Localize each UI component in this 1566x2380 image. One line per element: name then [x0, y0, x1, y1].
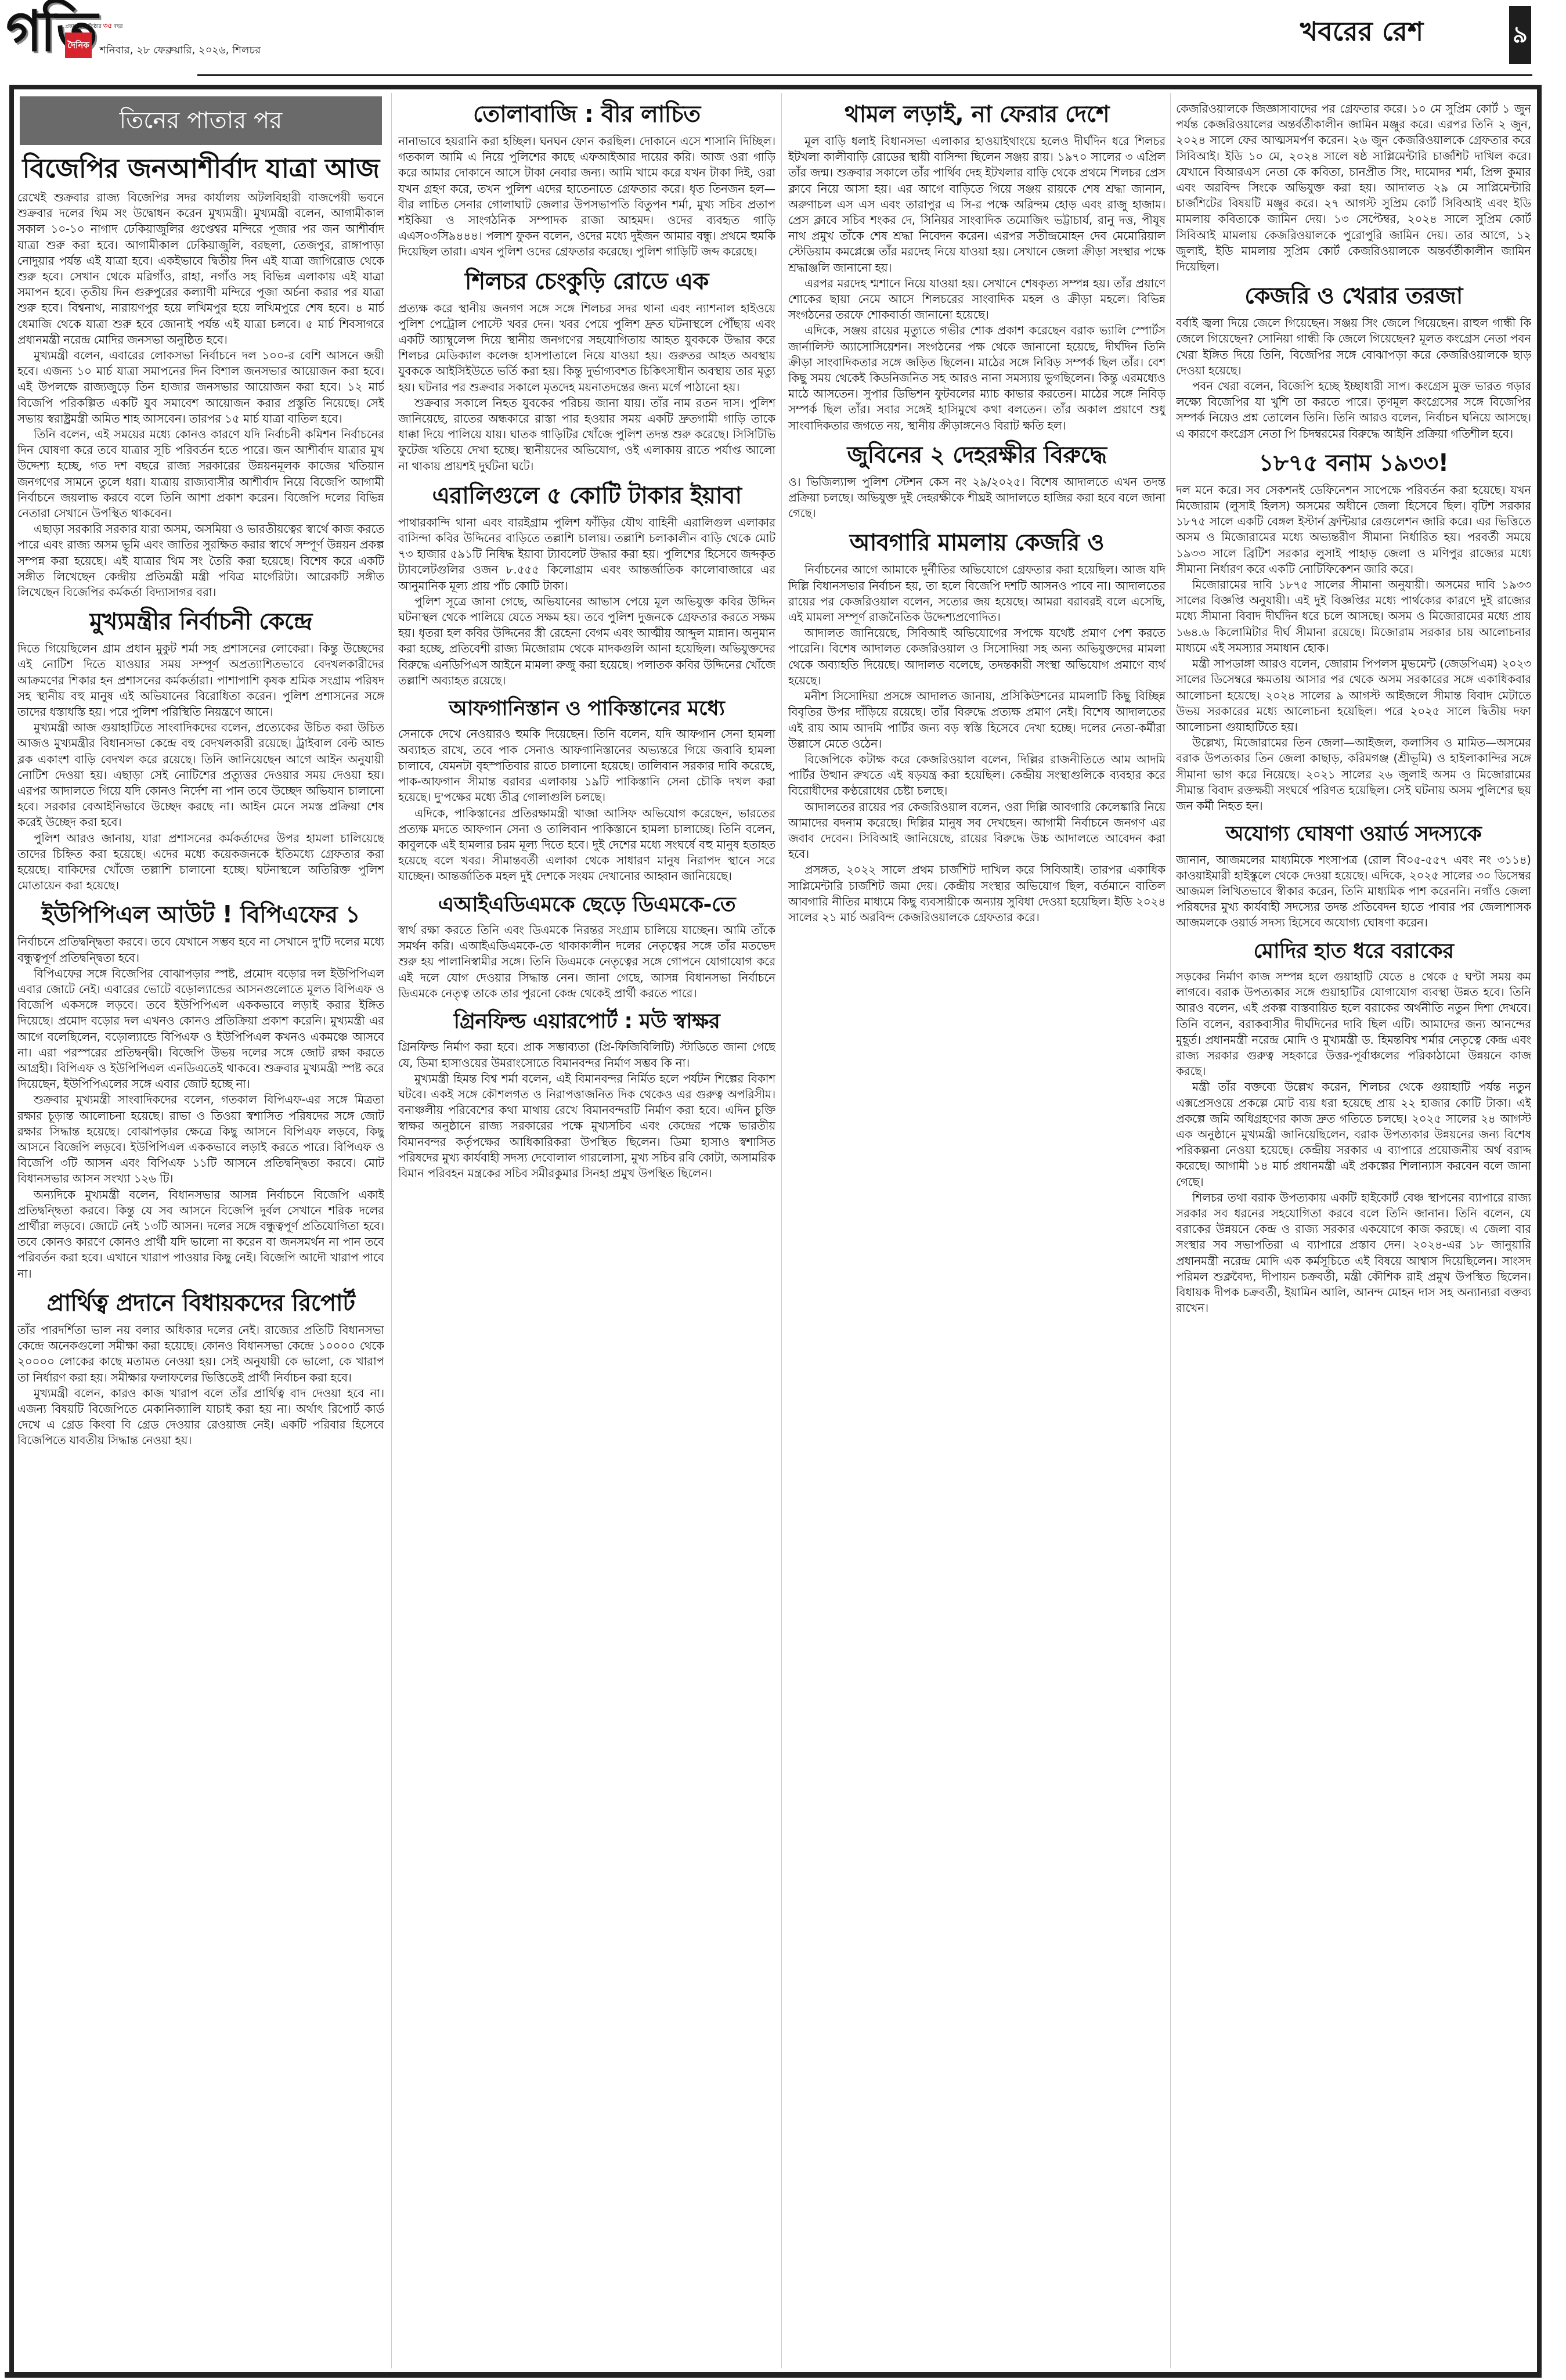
article-body: সেনাকে দেখে নেওয়ারও হুমকি দিয়েছেন। তিন… — [398, 726, 775, 884]
paragraph: কেজরিওয়ালকে জিজ্ঞাসাবাদের পর গ্রেফতার ক… — [1176, 101, 1531, 275]
paragraph: এরপর মরদেহ শ্মশানে নিয়ে যাওয়া হয়। সেখ… — [788, 276, 1166, 323]
article-barak-development: মোদির হাত ধরে বরাকের সড়কের নির্মাণ কাজ … — [1176, 939, 1531, 1317]
paragraph: বিপিএফের সঙ্গে বিজেপির বোঝাপড়ার স্পষ্ট,… — [17, 966, 384, 1092]
article-headline: অযোগ্য ঘোষণা ওয়ার্ড সদস্যকে — [1176, 822, 1531, 846]
paragraph: তাঁর পারদর্শিতা ভাল নয় বলার অধিকার দলের… — [17, 1322, 384, 1386]
article-body: প্রত্যক্ষ করে স্থানীয় জনগণ সঙ্গে সঙ্গে … — [398, 301, 775, 474]
paragraph: মুখ্যমন্ত্রী বলেন, এবারের লোকসভা নির্বাচ… — [17, 348, 384, 427]
article-body: বর্বাই জ্বলা দিয়ে জেলে গিয়েছেন। সঞ্জয়… — [1176, 315, 1531, 442]
article-body: রেখেই শুক্রবার রাজ্য বিজেপির সদর কার্যাল… — [17, 190, 384, 600]
article-body: মূল বাড়ি ধলাই বিধানসভা এলাকার হাওয়াইথা… — [788, 134, 1166, 434]
column-2: তোলাবাজি : বীর লাচিত নানাভাবে হয়রানি কর… — [398, 93, 775, 2368]
paragraph: নির্বাচনে প্রতিদ্বন্দ্বিতা করবে। তবে যেখ… — [17, 934, 384, 965]
article-uppl-out: ইউপিপিএল আউট ! বিপিএফের ১ নির্বাচনে প্রত… — [17, 901, 384, 1281]
article-zubeen-bodyguards: জুবিনের ২ দেহরক্ষীর বিরুদ্ধে ও। ভিজিল্যা… — [788, 442, 1166, 522]
column-1: তিনের পাতার পর বিজেপির জনআশীর্বাদ যাত্রা… — [17, 93, 384, 2368]
article-body: দল মনে করে। সব সেকশনই ডেফিনেশন সাপেক্ষে … — [1176, 482, 1531, 814]
paragraph: নানাভাবে হয়রানি করা হচ্ছিল। ঘনঘন ফোন কর… — [398, 134, 775, 260]
paragraph: পুলিশ সূত্রে জানা গেছে, অভিযানের আভাস পে… — [398, 594, 775, 688]
article-sanjay-roy-obituary: থামল লড়াই, না ফেরার দেশে মূল বাড়ি ধলাই… — [788, 101, 1166, 434]
paragraph: উল্লেখ্য, মিজোরামের তিন জেলা—আইজল, কলাসি… — [1176, 735, 1531, 814]
article-headline: মোদির হাত ধরে বরাকের — [1176, 939, 1531, 963]
article-mla-report-card: প্রার্থিত্ব প্রদানে বিধায়কদের রিপোর্ট ত… — [17, 1290, 384, 1449]
paragraph: মুখ্যমন্ত্রী বলেন, কারও কাজ খারাপ বলে তা… — [17, 1386, 384, 1449]
masthead: গতি প্রকাশ ও প্রতিষ্ঠার ৩৫ বছর দৈনিক শনি… — [0, 0, 1566, 58]
article-headline: ১৮৭৫ বনাম ১৯৩৩! — [1176, 450, 1531, 477]
article-extortion-bir-lachit: তোলাবাজি : বীর লাচিত নানাভাবে হয়রানি কর… — [398, 101, 775, 260]
paragraph: আদালতের রায়ের পর কেজরিওয়াল বলেন, ওরা দ… — [788, 799, 1166, 863]
paragraph: নির্বাচনের আগে আমাকে দুর্নীতির অভিযোগে গ… — [788, 562, 1166, 625]
article-headline: গ্রিনফিল্ড এয়ারপোর্ট : মউ স্বাক্ষর — [398, 1009, 775, 1033]
paragraph: বর্বাই জ্বলা দিয়ে জেলে গিয়েছেন। সঞ্জয়… — [1176, 315, 1531, 378]
column-3: থামল লড়াই, না ফেরার দেশে মূল বাড়ি ধলাই… — [788, 93, 1166, 2368]
paragraph: এদিকে, পাকিস্তানের প্রতিরক্ষামন্ত্রী খাজ… — [398, 806, 775, 885]
paragraph: মিজোরামের দাবি ১৮৭৫ সালের সীমানা অনুযায়… — [1176, 577, 1531, 656]
header-rule — [197, 74, 1532, 76]
article-cm-constituency: মুখ্যমন্ত্রীর নির্বাচনী কেন্দ্রে দিতে গি… — [17, 608, 384, 893]
article-body: ও। ভিজিল্যান্স পুলিশ স্টেশন কেস নং ২৯/২০… — [788, 474, 1166, 522]
paragraph: শিলচর তথা বরাক উপত্যকায় একটি হাইকোর্ট ব… — [1176, 1190, 1531, 1317]
paragraph: শুক্রবার সকালে নিহত যুবকের পরিচয় জানা য… — [398, 395, 775, 474]
article-body: নির্বাচনে প্রতিদ্বন্দ্বিতা করবে। তবে যেখ… — [17, 934, 384, 1281]
article-kejriwal-continued: কেজরিওয়ালকে জিজ্ঞাসাবাদের পর গ্রেফতার ক… — [1176, 101, 1531, 275]
frame-right — [1537, 85, 1542, 2374]
column-divider — [781, 93, 782, 2368]
article-body: তাঁর পারদর্শিতা ভাল নয় বলার অধিকার দলের… — [17, 1322, 384, 1449]
article-body: জানান, আজমলের মাধ্যমিকে শংসাপত্র (রোল বি… — [1176, 852, 1531, 931]
article-body: কেজরিওয়ালকে জিজ্ঞাসাবাদের পর গ্রেফতার ক… — [1176, 101, 1531, 275]
article-headline: বিজেপির জনআশীর্বাদ যাত্রা আজ — [17, 153, 384, 184]
paragraph: মূল বাড়ি ধলাই বিধানসভা এলাকার হাওয়াইথা… — [788, 134, 1166, 276]
article-headline: থামল লড়াই, না ফেরার দেশে — [788, 101, 1166, 128]
paragraph: এদিকে, সঞ্জয় রায়ের মৃত্যুতে গভীর শোক প… — [788, 323, 1166, 433]
dateline: শনিবার, ২৮ ফেব্রুয়ারি, ২০২৬, শিলচর — [100, 42, 261, 60]
paragraph: রেখেই শুক্রবার রাজ্য বিজেপির সদর কার্যাল… — [17, 190, 384, 348]
paragraph: স্বার্থ রক্ষা করতে তিনি এবং ডিএমকে নিরন্… — [398, 922, 775, 1001]
page-number: ৯ — [1509, 6, 1531, 64]
article-headline: আফগানিস্তান ও পাকিস্তানের মধ্যে — [398, 697, 775, 720]
article-headline: শিলচর চেংকুড়ি রোডে এক — [398, 268, 775, 295]
paragraph: এছাড়া সরকারি সরকার যারা অসম, অসমিয়া ও … — [17, 521, 384, 600]
paragraph: মুখ্যমন্ত্রী আজ গুয়াহাটিতে সাংবাদিকদের … — [17, 720, 384, 830]
article-afghan-pak-conflict: আফগানিস্তান ও পাকিস্তানের মধ্যে সেনাকে দ… — [398, 697, 775, 884]
paragraph: দিতে গিয়েছিলেন গ্রাম প্রধান মুকুট শর্মা… — [17, 641, 384, 720]
article-headline: প্রার্থিত্ব প্রদানে বিধায়কদের রিপোর্ট — [17, 1290, 384, 1317]
article-greenfield-airport: গ্রিনফিল্ড এয়ারপোর্ট : মউ স্বাক্ষর গ্রি… — [398, 1009, 775, 1181]
dainik-logo-badge: দৈনিক — [65, 33, 92, 58]
article-yaba-seizure: এরালিগুলে ৫ কোটি টাকার ইয়াবা পাথারকান্দ… — [398, 482, 775, 688]
paragraph: মনীশ সিসোদিয়া প্রসঙ্গে আদালত জানায়, প্… — [788, 688, 1166, 752]
article-1875-vs-1933: ১৮৭৫ বনাম ১৯৩৩! দল মনে করে। সব সেকশনই ডে… — [1176, 450, 1531, 814]
paragraph: ও। ভিজিল্যান্স পুলিশ স্টেশন কেস নং ২৯/২০… — [788, 474, 1166, 522]
paragraph: পাথারকান্দি থানা এবং বারইগ্রাম পুলিশ ফাঁ… — [398, 515, 775, 594]
paragraph: দল মনে করে। সব সেকশনই ডেফিনেশন সাপেক্ষে … — [1176, 482, 1531, 577]
tagline-prefix: প্রকাশ ও প্রতিষ্ঠার — [65, 24, 102, 30]
paragraph: সড়কের নির্মাণ কাজ সম্পন্ন হলে গুয়াহাটি… — [1176, 969, 1531, 1079]
paragraph: জানান, আজমলের মাধ্যমিকে শংসাপত্র (রোল বি… — [1176, 852, 1531, 931]
column-4: কেজরিওয়ালকে জিজ্ঞাসাবাদের পর গ্রেফতার ক… — [1176, 93, 1531, 2368]
paragraph: গ্রিনফিল্ড নির্মাণ করা হবে। প্রাক সম্ভাব… — [398, 1039, 775, 1070]
article-headline: মুখ্যমন্ত্রীর নির্বাচনী কেন্দ্রে — [17, 608, 384, 635]
tagline-suffix: বছর — [114, 24, 122, 30]
paragraph: প্রসঙ্গত, ২০২২ সালে প্রথম চার্জশিট দাখিল… — [788, 862, 1166, 925]
section-title: খবরের রেশ — [1300, 15, 1423, 48]
paragraph: শুক্রবার মুখ্যমন্ত্রী সাংবাদিকদের বলেন, … — [17, 1092, 384, 1187]
article-body: স্বার্থ রক্ষা করতে তিনি এবং ডিএমকে নিরন্… — [398, 922, 775, 1001]
continued-from-page-3-banner: তিনের পাতার পর — [20, 96, 382, 145]
paragraph: আদালত জানিয়েছে, সিবিআই অভিযোগের সপক্ষে … — [788, 625, 1166, 688]
article-headline: ইউপিপিএল আউট ! বিপিএফের ১ — [17, 901, 384, 928]
article-body: পাথারকান্দি থানা এবং বারইগ্রাম পুলিশ ফাঁ… — [398, 515, 775, 688]
logo-tagline: প্রকাশ ও প্রতিষ্ঠার ৩৫ বছর — [65, 21, 123, 33]
article-excise-case-kejriwal: আবগারি মামলায় কেজরি ও নির্বাচনের আগে আম… — [788, 529, 1166, 925]
paragraph: তিনি বলেন, এই সময়ের মধ্যে কোনও কারণে যদ… — [17, 427, 384, 521]
article-kejri-khera-spat: কেজরি ও খেরার তরজা বর্বাই জ্বলা দিয়ে জে… — [1176, 283, 1531, 442]
frame-top — [9, 85, 1542, 89]
article-body: দিতে গিয়েছিলেন গ্রাম প্রধান মুকুট শর্মা… — [17, 641, 384, 893]
article-headline: জুবিনের ২ দেহরক্ষীর বিরুদ্ধে — [788, 442, 1166, 468]
paragraph: মন্ত্রী তাঁর বক্তব্যে উল্লেখ করেন, শিলচর… — [1176, 1079, 1531, 1189]
paragraph: মন্ত্রী সাপডাঙ্গা আরও বলেন, জোরাম পিপলস … — [1176, 656, 1531, 735]
article-silchar-road-accident: শিলচর চেংকুড়ি রোডে এক প্রত্যক্ষ করে স্থ… — [398, 268, 775, 474]
paragraph: মুখ্যমন্ত্রী হিমন্ত বিশ্ব শর্মা বলেন, এই… — [398, 1071, 775, 1181]
column-divider — [1170, 93, 1171, 2368]
paragraph: পুলিশ আরও জানায়, যারা প্রশাসনের কর্মকর্… — [17, 831, 384, 894]
tagline-years: ৩৫ — [103, 21, 113, 30]
column-divider — [391, 93, 392, 2368]
article-bjp-jan-ashirwad-yatra: বিজেপির জনআশীর্বাদ যাত্রা আজ রেখেই শুক্র… — [17, 153, 384, 600]
frame-bottom — [5, 2372, 1542, 2378]
article-body: নানাভাবে হয়রানি করা হচ্ছিল। ঘনঘন ফোন কর… — [398, 134, 775, 260]
paragraph: পবন খেরা বলেন, বিজেপি হচ্ছে ইচ্ছাধারী সা… — [1176, 378, 1531, 442]
article-body: সড়কের নির্মাণ কাজ সম্পন্ন হলে গুয়াহাটি… — [1176, 969, 1531, 1316]
paragraph: বিজেপিকে কটাক্ষ করে কেজরিওয়াল বলেন, দিল… — [788, 752, 1166, 799]
article-ward-member-disqualified: অযোগ্য ঘোষণা ওয়ার্ড সদস্যকে জানান, আজমল… — [1176, 822, 1531, 931]
frame-left — [9, 85, 14, 2374]
paragraph: প্রত্যক্ষ করে স্থানীয় জনগণ সঙ্গে সঙ্গে … — [398, 301, 775, 395]
article-headline: এরালিগুলে ৫ কোটি টাকার ইয়াবা — [398, 482, 775, 509]
paragraph: অন্যদিকে মুখ্যমন্ত্রী বলেন, বিধানসভার আস… — [17, 1187, 384, 1282]
article-aiadmk-to-dmk: এআইএডিএমকে ছেড়ে ডিএমকে-তে স্বার্থ রক্ষা… — [398, 893, 775, 1001]
article-headline: তোলাবাজি : বীর লাচিত — [398, 101, 775, 128]
article-body: গ্রিনফিল্ড নির্মাণ করা হবে। প্রাক সম্ভাব… — [398, 1039, 775, 1181]
paragraph: সেনাকে দেখে নেওয়ারও হুমকি দিয়েছেন। তিন… — [398, 726, 775, 805]
article-headline: কেজরি ও খেরার তরজা — [1176, 283, 1531, 309]
article-headline: এআইএডিএমকে ছেড়ে ডিএমকে-তে — [398, 893, 775, 917]
article-body: নির্বাচনের আগে আমাকে দুর্নীতির অভিযোগে গ… — [788, 562, 1166, 925]
article-headline: আবগারি মামলায় কেজরি ও — [788, 529, 1166, 556]
